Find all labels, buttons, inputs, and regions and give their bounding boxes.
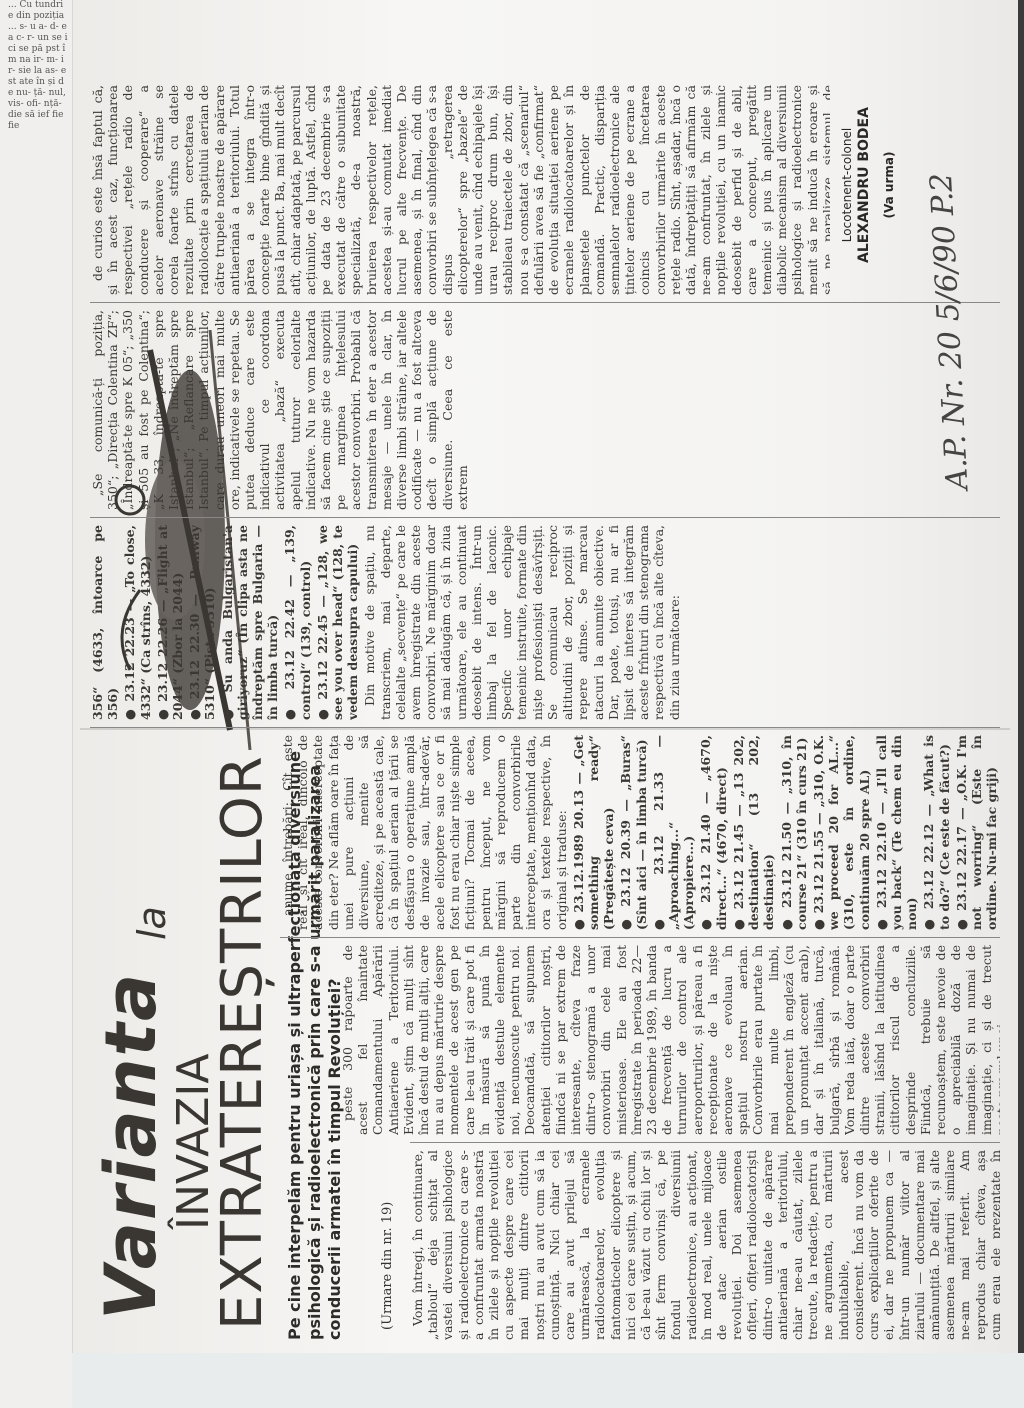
- headline-la: la: [130, 906, 174, 940]
- article-column-4: 356“ (4633, întoarce pe 356) ● 23.12 22.…: [90, 525, 1000, 720]
- article-column-5: „Se comunică-ți poziția, 350“; „Direcția…: [90, 310, 1000, 510]
- column-rule: [90, 302, 1000, 303]
- headline-extraterestrilor: EXTRATEREȘTRILOR: [210, 755, 275, 1330]
- log-entry: ● 23.12 21.40 — „4670, direct...“ (4670,…: [698, 735, 728, 930]
- column-text: „Se comunică-ți poziția, 350“; „Direcția…: [90, 310, 470, 510]
- newspaper-clipping: Varianta la ÎNVAZIA EXTRATEREȘTRILOR Pe …: [80, 20, 1010, 1350]
- column-rule: [90, 517, 1000, 518]
- article-column-6: de curios este însă faptul că, și în ace…: [90, 85, 830, 295]
- log-entry: 356“ (4633, întoarce pe 356): [90, 525, 120, 720]
- log-entry: ● 23.12 22.17 — „O.K. I'm not worring“ (…: [954, 735, 1000, 930]
- log-entry: ● 23.12 22.42 — „139, control“ (139, con…: [282, 525, 312, 720]
- blank-margin: [72, 1353, 1024, 1408]
- to-be-continued: (Va urma): [882, 75, 896, 295]
- article-column-1: Vom întregi, în continuare, „tabloul“ de…: [410, 1150, 1000, 1340]
- log-entry: ● 23.12 21.45 — „13 202, destination“ (1…: [731, 735, 777, 930]
- log-entry: ● 23.12 21.33 — „Aproaching...“ (Apropie…: [651, 735, 697, 930]
- column-text: de curios este însă faptul că, și în ace…: [90, 85, 830, 295]
- log-entry: ● Su anda Bulgaristan'a giriyoruz“ (În c…: [220, 525, 281, 720]
- log-entry: ● 23.12 21.55 — „310, O.K. we proceed 20…: [811, 735, 872, 930]
- column-rule: [280, 937, 1000, 938]
- log-entry: ● 23.12 22.45 — „128, we see you over he…: [315, 525, 361, 720]
- log-entry: ● 23.12 22.30 — „Runway 5310“ (Pista 531…: [187, 525, 217, 720]
- column-text: Vom întregi, în continuare, „tabloul“ de…: [410, 1150, 1000, 1340]
- log-entry: ● 23.12 22.26 — „Flight at 2044“ (Zbor l…: [155, 525, 185, 720]
- column-rule: [90, 727, 1000, 728]
- headline-varianta: Varianta: [90, 972, 172, 1320]
- column-text: anume întrebări: Cît este real și cît ir…: [280, 735, 569, 930]
- article-column-2: peste 300 rapoarte de acest fel înaintat…: [340, 945, 1000, 1135]
- author-signature: Locotenent-colonel ALEXANDRU BODEA (Va u…: [840, 75, 896, 295]
- adjacent-article-fragment: ... Cu tundrie din poziția ... s- u a- d…: [0, 0, 73, 1408]
- scanner-edge: [1018, 0, 1024, 1408]
- article-column-3: anume întrebări: Cît este real și cît ir…: [280, 735, 1000, 930]
- log-entry: ● 23.12 22.23 — „To close, 4332“ (Ca str…: [122, 525, 152, 720]
- author-name: ALEXANDRU BODEA: [856, 75, 872, 295]
- log-entry: ● 23.12 22.12 — „What is to do?“ (Ce est…: [921, 735, 951, 930]
- log-entry: ● 23.12 22.10 — „I'll call you back“ (Te…: [874, 735, 920, 930]
- column-text: peste 300 rapoarte de acest fel înaintat…: [340, 945, 1000, 1135]
- log-entry: ● 23.12 20.39 — „Buras“ (Sînt aici — în …: [618, 735, 648, 930]
- column-text: Din motive de spațiu, nu transcriem, mai…: [362, 525, 681, 720]
- article-headline: Varianta la ÎNVAZIA EXTRATEREȘTRILOR: [90, 740, 280, 1340]
- author-rank: Locotenent-colonel: [840, 75, 854, 295]
- continued-from-label: (Urmare din nr. 19): [380, 1202, 395, 1330]
- column-rule: [410, 1142, 1000, 1143]
- log-entry: ● 23.12 21.50 — „310, în course 21“ (310…: [779, 735, 809, 930]
- log-entry: ● 23.12.1989 20.13 — „Get something read…: [571, 735, 617, 930]
- adjacent-article-text: ... Cu tundrie din poziția ... s- u a- d…: [8, 0, 68, 1408]
